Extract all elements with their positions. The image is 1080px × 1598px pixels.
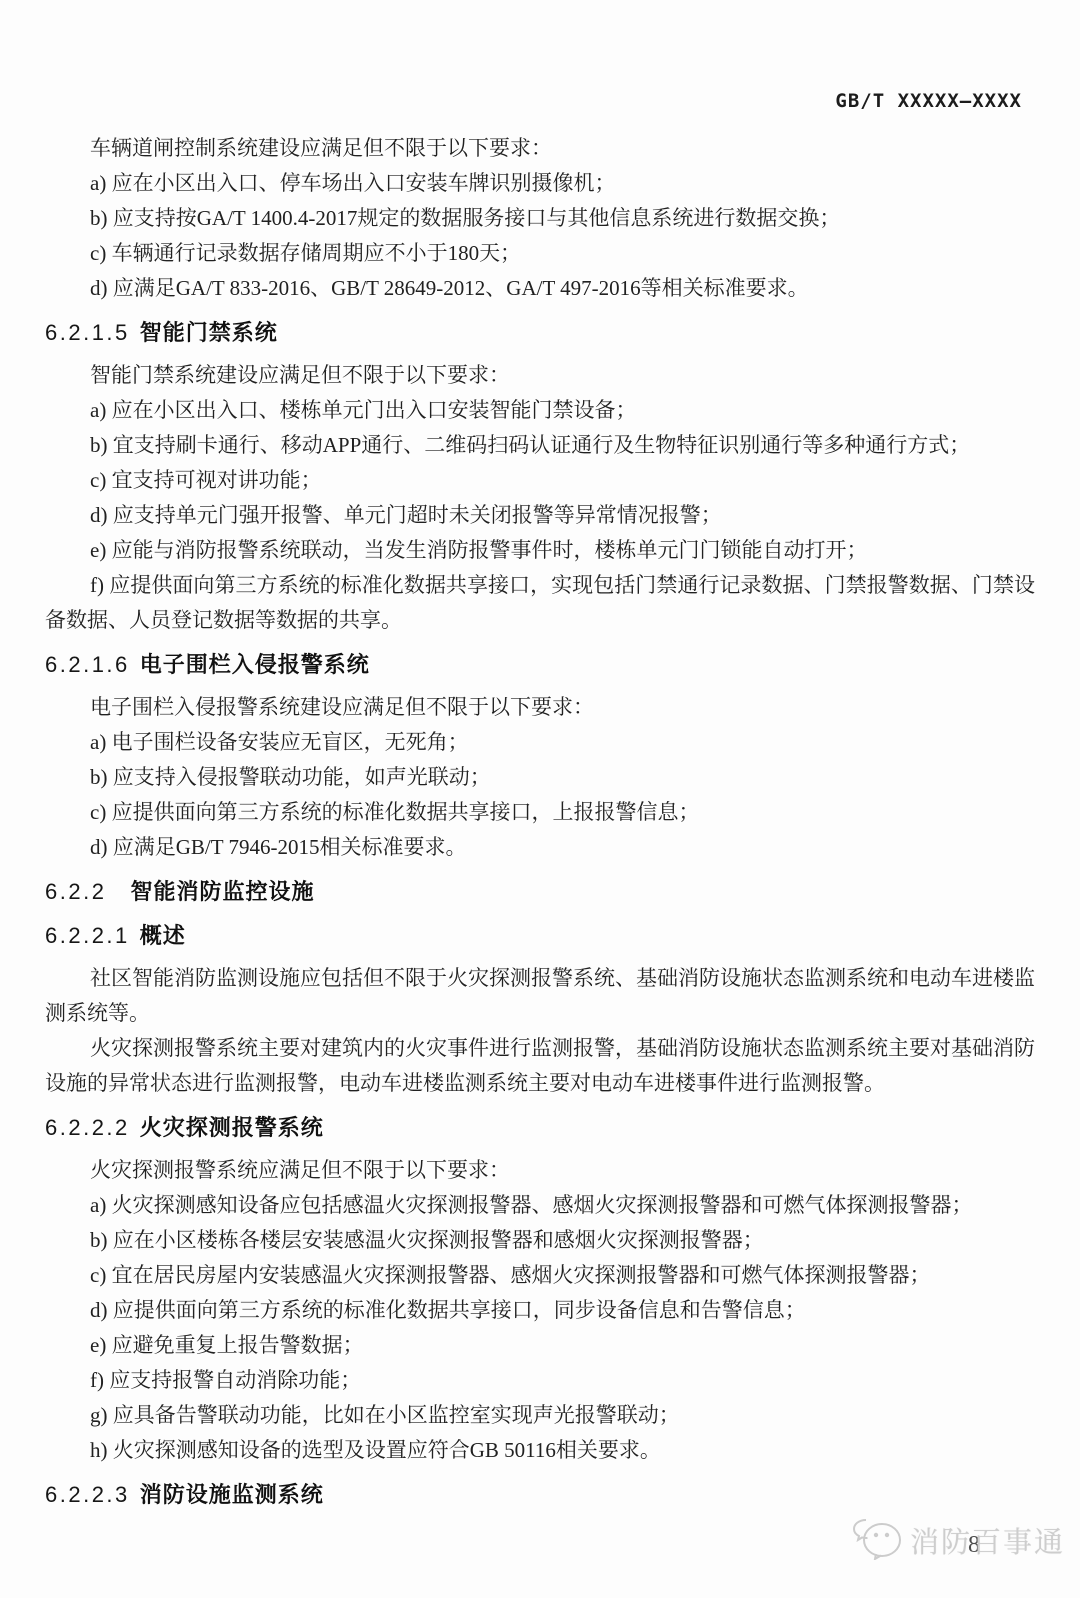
section-heading: 6.2.2.2火灾探测报警系统 <box>45 1110 1035 1145</box>
paragraph: 火灾探测报警系统应满足但不限于以下要求： <box>45 1153 1035 1188</box>
list-item: f) 应提供面向第三方系统的标准化数据共享接口，实现包括门禁通行记录数据、门禁报… <box>45 568 1035 638</box>
list-item: g) 应具备告警联动功能，比如在小区监控室实现声光报警联动； <box>45 1398 1035 1433</box>
section-title: 消防设施监测系统 <box>140 1482 324 1507</box>
section-number: 6.2.2 <box>45 879 106 904</box>
section-title: 智能门禁系统 <box>140 320 278 345</box>
list-item: d) 应满足GB/T 7946-2015相关标准要求。 <box>45 830 1035 865</box>
list-item: b) 应在小区楼栋各楼层安装感温火灾探测报警器和感烟火灾探测报警器； <box>45 1223 1035 1258</box>
list-item: c) 宜在居民房屋内安装感温火灾探测报警器、感烟火灾探测报警器和可燃气体探测报警… <box>45 1258 1035 1293</box>
list-item: d) 应支持单元门强开报警、单元门超时未关闭报警等异常情况报警； <box>45 498 1035 533</box>
section-number: 6.2.2.3 <box>45 1482 130 1507</box>
watermark-text: 消防百事通 <box>910 1520 1065 1561</box>
section-heading: 6.2.1.6电子围栏入侵报警系统 <box>45 647 1035 682</box>
list-item: f) 应支持报警自动消除功能； <box>45 1363 1035 1398</box>
list-item: a) 电子围栏设备安装应无盲区，无死角； <box>45 725 1035 760</box>
list-item: b) 应支持入侵报警联动功能，如声光联动； <box>45 760 1035 795</box>
paragraph: 火灾探测报警系统主要对建筑内的火灾事件进行监测报警，基础消防设施状态监测系统主要… <box>45 1031 1035 1101</box>
list-item: c) 宜支持可视对讲功能； <box>45 463 1035 498</box>
list-item: d) 应提供面向第三方系统的标准化数据共享接口，同步设备信息和告警信息； <box>45 1293 1035 1328</box>
section-title: 概述 <box>140 923 186 948</box>
list-item: a) 应在小区出入口、楼栋单元门出入口安装智能门禁设备； <box>45 393 1035 428</box>
section-number: 6.2.2.1 <box>45 923 130 948</box>
document-body: 车辆道闸控制系统建设应满足但不限于以下要求：a) 应在小区出入口、停车场出入口安… <box>45 131 1035 1520</box>
list-item: e) 应避免重复上报告警数据； <box>45 1328 1035 1363</box>
document-page: GB/T XXXXX—XXXX 车辆道闸控制系统建设应满足但不限于以下要求：a)… <box>0 0 1080 1598</box>
list-item: d) 应满足GA/T 833-2016、GB/T 28649-2012、GA/T… <box>45 271 1035 306</box>
section-number: 6.2.1.5 <box>45 320 130 345</box>
list-item: e) 应能与消防报警系统联动，当发生消防报警事件时，楼栋单元门门锁能自动打开； <box>45 533 1035 568</box>
section-title: 智能消防监控设施 <box>130 879 314 904</box>
list-item: b) 宜支持刷卡通行、移动APP通行、二维码扫码认证通行及生物特征识别通行等多种… <box>45 428 1035 463</box>
section-number: 6.2.2.2 <box>45 1115 130 1140</box>
watermark: 消防百事通 <box>852 1516 1065 1565</box>
section-title: 火灾探测报警系统 <box>140 1115 324 1140</box>
list-item: a) 火灾探测感知设备应包括感温火灾探测报警器、感烟火灾探测报警器和可燃气体探测… <box>45 1188 1035 1223</box>
list-item: h) 火灾探测感知设备的选型及设置应符合GB 50116相关要求。 <box>45 1433 1035 1468</box>
section-heading: 6.2.2.3消防设施监测系统 <box>45 1477 1035 1512</box>
standard-number-header: GB/T XXXXX—XXXX <box>835 90 1022 112</box>
section-title: 电子围栏入侵报警系统 <box>140 652 370 677</box>
section-heading: 6.2.2智能消防监控设施 <box>45 874 1035 909</box>
paragraph: 社区智能消防监测设施应包括但不限于火灾探测报警系统、基础消防设施状态监测系统和电… <box>45 961 1035 1031</box>
section-number: 6.2.1.6 <box>45 652 130 677</box>
list-item: c) 车辆通行记录数据存储周期应不小于180天； <box>45 236 1035 271</box>
paragraph: 智能门禁系统建设应满足但不限于以下要求： <box>45 358 1035 393</box>
section-heading: 6.2.2.1概述 <box>45 918 1035 953</box>
paragraph: 车辆道闸控制系统建设应满足但不限于以下要求： <box>45 131 1035 166</box>
section-heading: 6.2.1.5智能门禁系统 <box>45 315 1035 350</box>
list-item: c) 应提供面向第三方系统的标准化数据共享接口，上报报警信息； <box>45 795 1035 830</box>
wechat-chat-bubbles-icon <box>852 1516 910 1565</box>
paragraph: 电子围栏入侵报警系统建设应满足但不限于以下要求： <box>45 690 1035 725</box>
list-item: b) 应支持按GA/T 1400.4-2017规定的数据服务接口与其他信息系统进… <box>45 201 1035 236</box>
list-item: a) 应在小区出入口、停车场出入口安装车牌识别摄像机； <box>45 166 1035 201</box>
